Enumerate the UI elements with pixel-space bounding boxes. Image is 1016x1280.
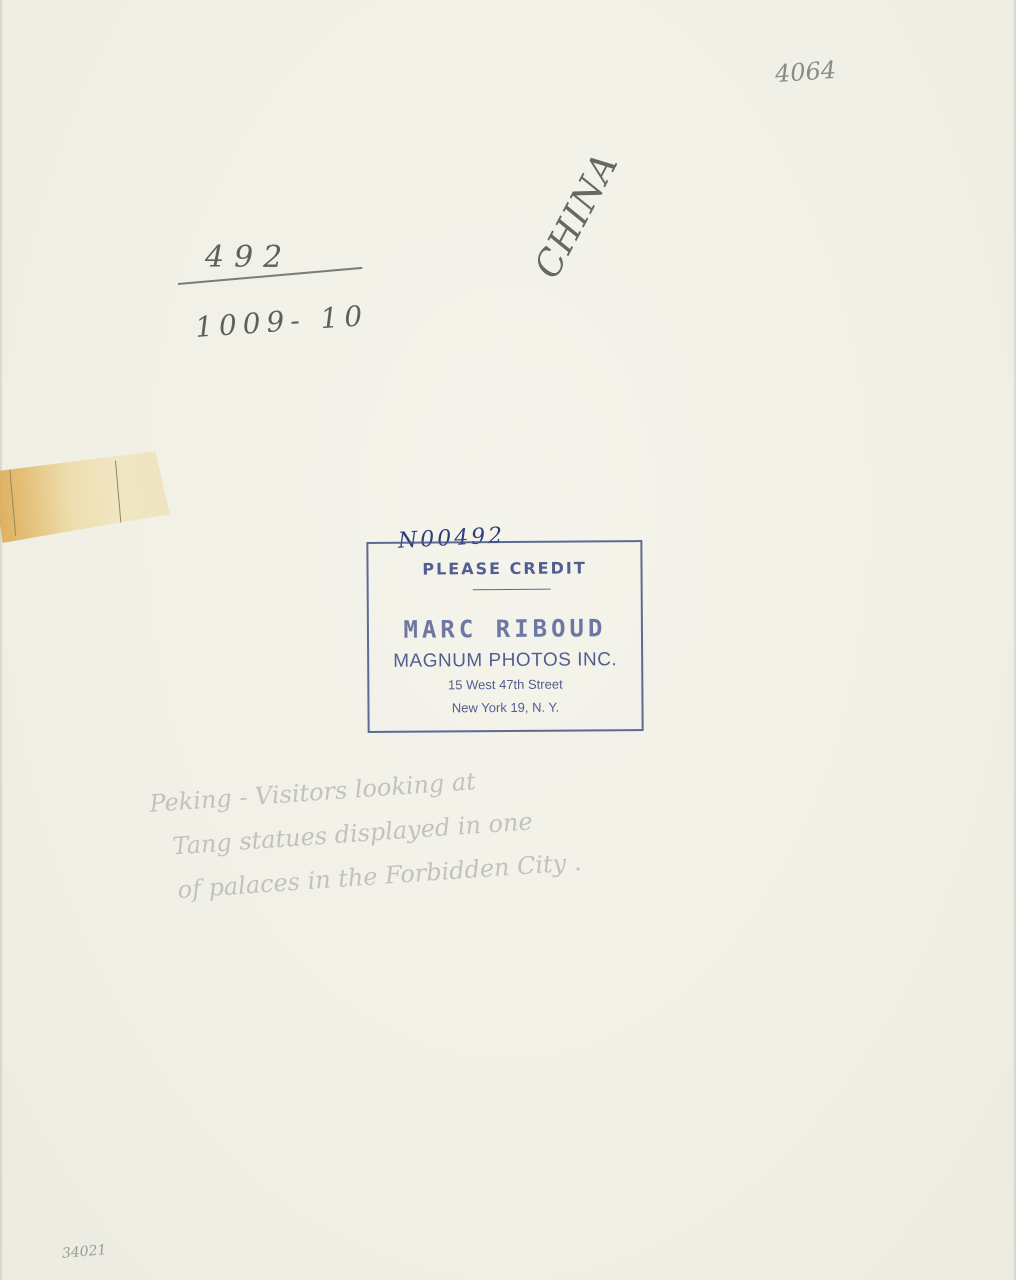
top-right-number: 4064 bbox=[774, 56, 837, 88]
stamp-header: PLEASE CREDIT bbox=[368, 558, 640, 579]
tape-crease-line bbox=[9, 470, 16, 536]
stamp-street: 15 West 47th Street bbox=[369, 676, 641, 693]
fraction-numerator: 492 bbox=[205, 240, 292, 275]
stamp-photographer: MARC RIBOUD bbox=[369, 614, 641, 644]
tape-crease-line bbox=[115, 461, 122, 527]
stamp-city: New York 19, N. Y. bbox=[369, 699, 641, 716]
left-edge-shadow bbox=[0, 0, 3, 1280]
stamp-agency: MAGNUM PHOTOS INC. bbox=[369, 649, 641, 673]
stamp-underline bbox=[473, 589, 551, 591]
credit-stamp: PLEASE CREDIT MARC RIBOUD MAGNUM PHOTOS … bbox=[366, 540, 643, 733]
